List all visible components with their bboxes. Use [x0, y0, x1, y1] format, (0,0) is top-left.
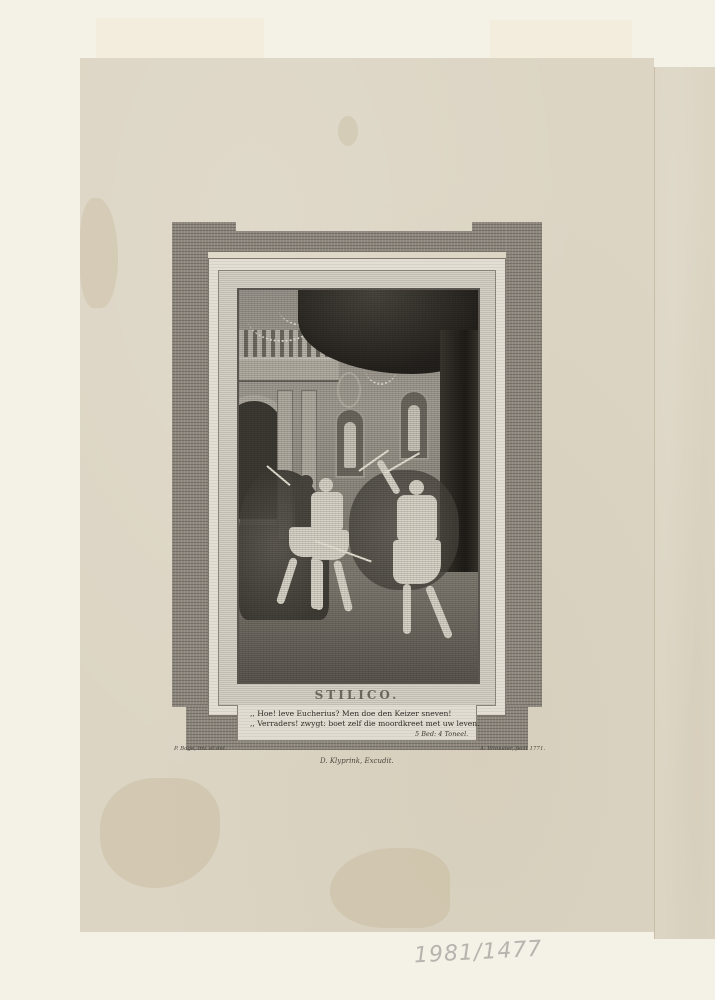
engraving-hatching	[239, 290, 478, 682]
stain-bottom-left	[100, 778, 220, 888]
tape-strip-left	[96, 18, 264, 58]
caption-line-1: ,, Hoe! leve Eucherius? Men doe den Keiz…	[250, 709, 451, 718]
adjacent-sheet	[654, 67, 715, 939]
print-title: STILICO.	[218, 688, 496, 702]
credit-engraver: A. Winkeler, fecit 1771.	[480, 746, 545, 752]
caption-reference: 5 Bed: 4 Toneel.	[415, 730, 468, 738]
engraving-scene	[237, 288, 480, 684]
credit-publisher: D. Klyprink, Excudit.	[320, 757, 394, 765]
inventory-number: 1981/1477	[413, 937, 543, 969]
stain-bottom-mid	[330, 848, 450, 928]
tape-strip-right	[490, 20, 632, 60]
stain-top	[338, 116, 358, 146]
frame-right	[506, 222, 542, 750]
caption-line-2: ,, Verraders! zwygt: boet zelf die moord…	[250, 719, 480, 728]
frame-left	[172, 222, 208, 750]
stain-left	[80, 198, 118, 308]
credit-inventor: P. Boge, inv. et del.	[174, 746, 226, 752]
